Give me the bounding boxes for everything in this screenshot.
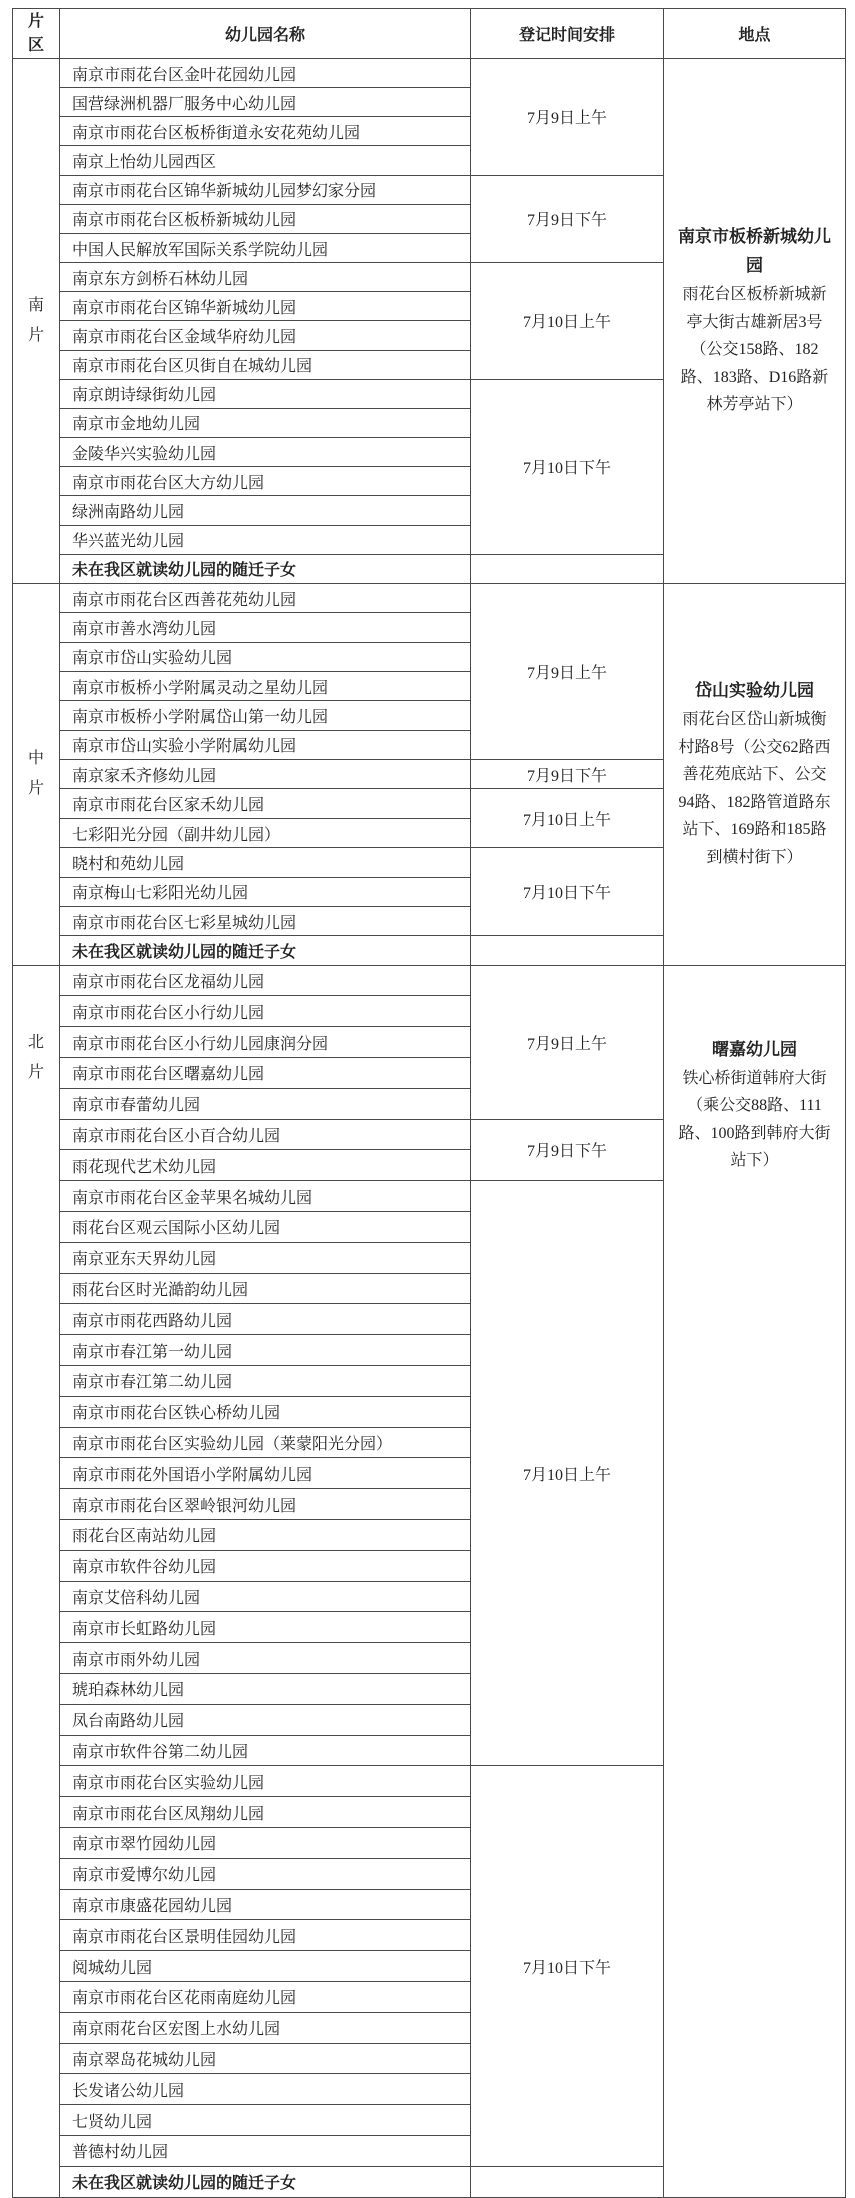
school-name-cell: 南京市雨花台区金苹果名城幼儿园 — [60, 1181, 471, 1212]
school-name-cell: 绿洲南路幼儿园 — [60, 496, 471, 525]
school-name-cell: 南京市雨花台区西善花苑幼儿园 — [60, 583, 471, 612]
time-cell — [471, 554, 664, 583]
school-name-cell: 南京雨花台区宏图上水幼儿园 — [60, 2012, 471, 2043]
table-body: 南片南京市雨花台区金叶花园幼儿园7月9日上午南京市板桥新城幼儿园雨花台区板桥新城… — [13, 59, 846, 2198]
school-name-cell: 南京市雨花台区锦华新城幼儿园 — [60, 292, 471, 321]
school-name-cell: 中国人民解放军国际关系学院幼儿园 — [60, 233, 471, 262]
time-cell: 7月9日上午 — [471, 583, 664, 759]
time-cell: 7月9日下午 — [471, 1119, 664, 1181]
school-name-cell: 华兴蓝光幼儿园 — [60, 525, 471, 554]
school-name-cell: 长发诸公幼儿园 — [60, 2074, 471, 2105]
registration-table: 片 区 幼儿园名称 登记时间安排 地点 南片南京市雨花台区金叶花园幼儿园7月9日… — [12, 8, 846, 2198]
school-name-cell: 南京市春江第一幼儿园 — [60, 1335, 471, 1366]
school-name-cell: 南京市雨花台区板桥街道永安花苑幼儿园 — [60, 117, 471, 146]
school-name-cell: 南京市爱博尔幼儿园 — [60, 1858, 471, 1889]
school-name-cell: 南京艾倍科幼儿园 — [60, 1581, 471, 1612]
school-name-cell: 七彩阳光分园（副井幼儿园） — [60, 818, 471, 847]
school-name-cell: 南京市雨花台区铁心桥幼儿园 — [60, 1396, 471, 1427]
location-address: 铁心桥街道韩府大街（乘公交88路、111路、100路到韩府大街站下） — [664, 1065, 845, 1175]
school-name-cell: 南京市雨花台区金叶花园幼儿园 — [60, 59, 471, 88]
region-char: 南 — [13, 291, 59, 321]
school-name-cell: 南京市善水湾幼儿园 — [60, 613, 471, 642]
location-address: 雨花台区岱山新城衡村路8号（公交62路西善花苑底站下、公交94路、182路管道路… — [664, 706, 845, 871]
location-address: 雨花台区板桥新城新亭大街古雄新居3号（公交158路、182路、183路、D16路… — [664, 281, 845, 419]
school-name-cell: 南京市长虹路幼儿园 — [60, 1612, 471, 1643]
school-name-cell: 金陵华兴实验幼儿园 — [60, 438, 471, 467]
location-title: 岱山实验幼儿园 — [664, 677, 845, 706]
migrant-children-row-label: 未在我区就读幼儿园的随迁子女 — [60, 554, 471, 583]
school-name-cell: 南京朗诗绿街幼儿园 — [60, 379, 471, 408]
time-cell — [471, 2166, 664, 2197]
region-char: 片 — [13, 321, 59, 351]
region-cell: 北片 — [13, 965, 60, 2197]
school-name-cell: 南京市雨外幼儿园 — [60, 1643, 471, 1674]
time-cell: 7月9日上午 — [471, 59, 664, 176]
school-name-cell: 晓村和苑幼儿园 — [60, 848, 471, 877]
header-region: 片 区 — [13, 9, 60, 59]
location-cell: 岱山实验幼儿园雨花台区岱山新城衡村路8号（公交62路西善花苑底站下、公交94路、… — [664, 583, 846, 965]
header-region-char: 区 — [13, 34, 59, 57]
school-name-cell: 南京市雨花台区小百合幼儿园 — [60, 1119, 471, 1150]
time-cell — [471, 936, 664, 965]
school-name-cell: 南京市板桥小学附属灵动之星幼儿园 — [60, 671, 471, 700]
table-row: 南片南京市雨花台区金叶花园幼儿园7月9日上午南京市板桥新城幼儿园雨花台区板桥新城… — [13, 59, 846, 88]
school-name-cell: 南京亚东天界幼儿园 — [60, 1242, 471, 1273]
header-time: 登记时间安排 — [471, 9, 664, 59]
school-name-cell: 南京市康盛花园幼儿园 — [60, 1889, 471, 1920]
time-cell: 7月9日上午 — [471, 965, 664, 1119]
header-row: 片 区 幼儿园名称 登记时间安排 地点 — [13, 9, 846, 59]
table-row: 中片南京市雨花台区西善花苑幼儿园7月9日上午岱山实验幼儿园雨花台区岱山新城衡村路… — [13, 583, 846, 612]
region-char: 片 — [13, 774, 59, 804]
time-cell: 7月10日上午 — [471, 263, 664, 380]
school-name-cell: 南京市雨花外国语小学附属幼儿园 — [60, 1458, 471, 1489]
table-row: 北片南京市雨花台区龙福幼儿园7月9日上午曙嘉幼儿园铁心桥街道韩府大街（乘公交88… — [13, 965, 846, 996]
school-name-cell: 南京市雨花台区小行幼儿园 — [60, 996, 471, 1027]
time-cell: 7月9日下午 — [471, 175, 664, 262]
region-char: 中 — [13, 744, 59, 774]
school-name-cell: 琥珀森林幼儿园 — [60, 1674, 471, 1705]
school-name-cell: 南京市软件谷幼儿园 — [60, 1550, 471, 1581]
school-name-cell: 南京东方剑桥石林幼儿园 — [60, 263, 471, 292]
school-name-cell: 凤台南路幼儿园 — [60, 1704, 471, 1735]
school-name-cell: 南京市雨花台区龙福幼儿园 — [60, 965, 471, 996]
time-cell: 7月9日下午 — [471, 760, 664, 789]
school-name-cell: 南京市春江第二幼儿园 — [60, 1366, 471, 1397]
school-name-cell: 南京市金地幼儿园 — [60, 408, 471, 437]
school-name-cell: 南京市软件谷第二幼儿园 — [60, 1735, 471, 1766]
page: 片 区 幼儿园名称 登记时间安排 地点 南片南京市雨花台区金叶花园幼儿园7月9日… — [0, 0, 855, 2198]
school-name-cell: 南京市雨花台区七彩星城幼儿园 — [60, 906, 471, 935]
school-name-cell: 普德村幼儿园 — [60, 2135, 471, 2166]
school-name-cell: 南京市板桥小学附属岱山第一幼儿园 — [60, 701, 471, 730]
header-region-char: 片 — [13, 10, 59, 33]
location-title: 南京市板桥新城幼儿园 — [664, 223, 845, 281]
school-name-cell: 雨花台区观云国际小区幼儿园 — [60, 1212, 471, 1243]
school-name-cell: 南京市雨花台区花雨南庭幼儿园 — [60, 1981, 471, 2012]
school-name-cell: 七贤幼儿园 — [60, 2105, 471, 2136]
time-cell: 7月10日下午 — [471, 1766, 664, 2166]
time-cell: 7月10日下午 — [471, 848, 664, 936]
school-name-cell: 南京市岱山实验小学附属幼儿园 — [60, 730, 471, 759]
school-name-cell: 南京市雨花台区板桥新城幼儿园 — [60, 204, 471, 233]
school-name-cell: 南京市雨花台区小行幼儿园康润分园 — [60, 1027, 471, 1058]
location-title: 曙嘉幼儿园 — [664, 1036, 845, 1065]
school-name-cell: 南京梅山七彩阳光幼儿园 — [60, 877, 471, 906]
time-cell: 7月10日上午 — [471, 789, 664, 848]
school-name-cell: 南京家禾齐修幼儿园 — [60, 760, 471, 789]
time-cell: 7月10日上午 — [471, 1181, 664, 1766]
school-name-cell: 南京市雨花台区实验幼儿园（莱蒙阳光分园） — [60, 1427, 471, 1458]
school-name-cell: 南京市雨花西路幼儿园 — [60, 1304, 471, 1335]
region-char: 片 — [13, 1058, 59, 1088]
school-name-cell: 雨花台区时光澔韵幼儿园 — [60, 1273, 471, 1304]
school-name-cell: 南京市雨花台区贝街自在城幼儿园 — [60, 350, 471, 379]
school-name-cell: 南京市雨花台区凤翔幼儿园 — [60, 1797, 471, 1828]
region-cell: 中片 — [13, 583, 60, 965]
school-name-cell: 南京市雨花台区锦华新城幼儿园梦幻家分园 — [60, 175, 471, 204]
school-name-cell: 南京市雨花台区家禾幼儿园 — [60, 789, 471, 818]
school-name-cell: 南京市春蕾幼儿园 — [60, 1088, 471, 1119]
region-char: 北 — [13, 1028, 59, 1058]
school-name-cell: 南京市雨花台区景明佳园幼儿园 — [60, 1920, 471, 1951]
header-name: 幼儿园名称 — [60, 9, 471, 59]
location-cell: 曙嘉幼儿园铁心桥街道韩府大街（乘公交88路、111路、100路到韩府大街站下） — [664, 965, 846, 2197]
time-cell: 7月10日下午 — [471, 379, 664, 554]
location-cell: 南京市板桥新城幼儿园雨花台区板桥新城新亭大街古雄新居3号（公交158路、182路… — [664, 59, 846, 584]
migrant-children-row-label: 未在我区就读幼儿园的随迁子女 — [60, 2166, 471, 2197]
school-name-cell: 阅城幼儿园 — [60, 1951, 471, 1982]
school-name-cell: 南京市雨花台区金域华府幼儿园 — [60, 321, 471, 350]
region-cell: 南片 — [13, 59, 60, 584]
school-name-cell: 南京市雨花台区实验幼儿园 — [60, 1766, 471, 1797]
migrant-children-row-label: 未在我区就读幼儿园的随迁子女 — [60, 936, 471, 965]
school-name-cell: 南京上怡幼儿园西区 — [60, 146, 471, 175]
school-name-cell: 南京翠岛花城幼儿园 — [60, 2043, 471, 2074]
header-location: 地点 — [664, 9, 846, 59]
school-name-cell: 南京市翠竹园幼儿园 — [60, 1828, 471, 1859]
school-name-cell: 南京市雨花台区大方幼儿园 — [60, 467, 471, 496]
school-name-cell: 雨花现代艺术幼儿园 — [60, 1150, 471, 1181]
school-name-cell: 南京市雨花台区曙嘉幼儿园 — [60, 1058, 471, 1089]
school-name-cell: 南京市雨花台区翠岭银河幼儿园 — [60, 1489, 471, 1520]
school-name-cell: 国营绿洲机器厂服务中心幼儿园 — [60, 88, 471, 117]
school-name-cell: 雨花台区南站幼儿园 — [60, 1520, 471, 1551]
school-name-cell: 南京市岱山实验幼儿园 — [60, 642, 471, 671]
